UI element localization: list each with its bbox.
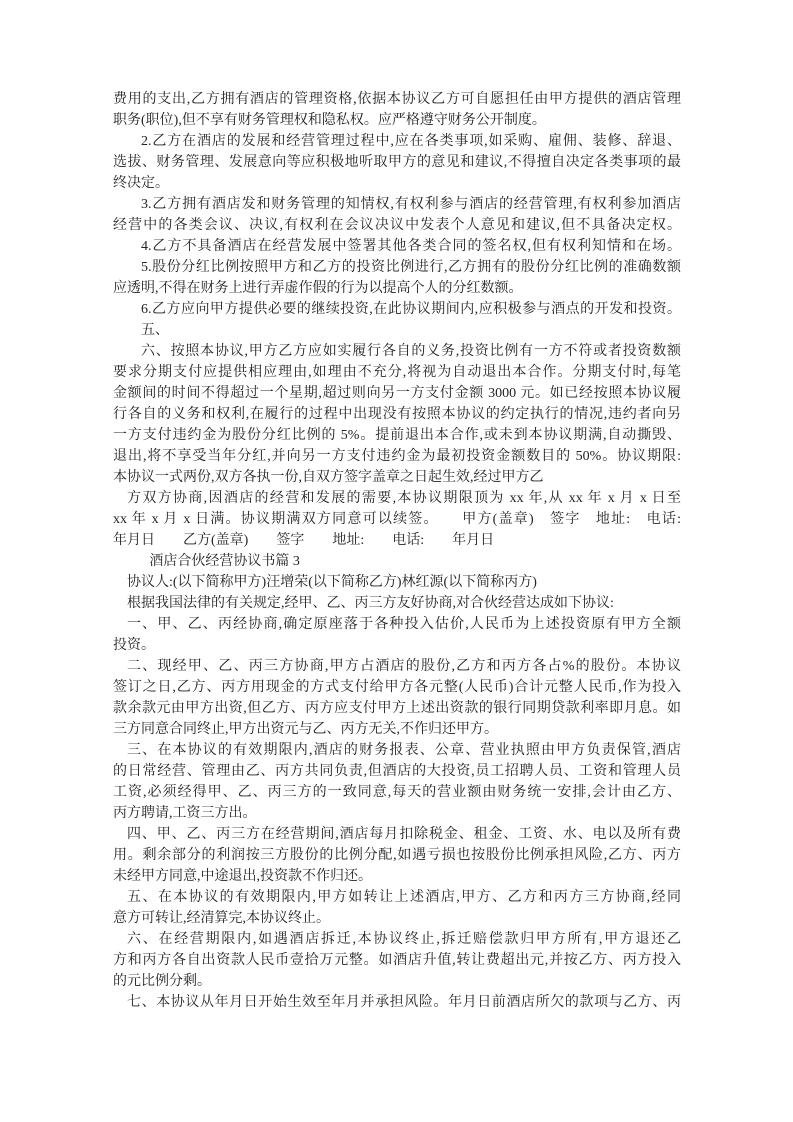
document-page: 费用的支出,乙方拥有酒店的管理资格,依据本协议乙方可自愿担任由甲方提供的酒店管理… [0, 0, 793, 1122]
document-line: 一、甲、乙、丙经协商,确定原座落于各种投入估价,人民币为上述投资原有甲方全额 [113, 614, 681, 635]
document-line: 五、 [113, 320, 681, 341]
document-line: 四、甲、乙、丙三方在经营期间,酒店每月扣除税金、租金、工资、水、电以及所有费 [113, 824, 681, 845]
document-line: 3.乙方拥有酒店发和财务管理的知情权,有权利参与酒店的经营管理,有权利参加酒店 [113, 194, 681, 215]
document-line: 丙方聘请,工资三方出。 [113, 803, 681, 824]
document-line: 意方可转让,经清算完,本协议终止。 [113, 908, 681, 929]
document-line: 年月日 乙方(盖章) 签字 地址: 电话: 年月日 [113, 530, 681, 551]
document-line: 金额间的时间不得超过一个星期,超过则向另一方支付金额 3000 元。如已经按照本… [113, 383, 681, 404]
document-line: 方和丙方各自出资款人民币壹拾万元整。如酒店升值,转让费超出元,并按乙方、丙方投入 [113, 950, 681, 971]
document-line: 4.乙方不具备酒店在经营发展中签署其他各类合同的签名权,但有权利知情和在场。 [113, 236, 681, 257]
document-line: 行各自的义务和权利,在履行的过程中出现没有按照本协议的约定执行的情况,违约者向另 [113, 404, 681, 425]
document-line: 六、在经营期限内,如遇酒店拆迁,本协议终止,拆迁赔偿款归甲方所有,甲方退还乙 [113, 929, 681, 950]
document-line: 五、在本协议的有效期限内,甲方如转让上述酒店,甲方、乙方和丙方三方协商,经同 [113, 887, 681, 908]
document-line: 三、在本协议的有效期限内,酒店的财务报表、公章、营业执照由甲方负责保管,酒店 [113, 740, 681, 761]
document-line: 根据我国法律的有关规定,经甲、乙、丙三方友好协商,对合伙经营达成如下协议: [113, 593, 681, 614]
document-line: 二、现经甲、乙、丙三方协商,甲方占酒店的股份,乙方和丙方各占%的股份。本协议 [113, 656, 681, 677]
document-line: 三方同意合同终止,甲方出资元与乙、丙方无关,不作归还甲方。 [113, 719, 681, 740]
document-line: 六、按照本协议,甲方乙方应如实履行各自的义务,投资比例有一方不符或者投资数额 [113, 341, 681, 362]
document-line: 2.乙方在酒店的发展和经营管理过程中,应在各类事项,如采购、雇佣、装修、辞退、 [113, 131, 681, 152]
document-line: 酒店合伙经营协议书篇 3 [113, 551, 681, 572]
document-line: 应透明,不得在财务上进行弄虚作假的行为以提高个人的分红数额。 [113, 278, 681, 299]
document-line: 费用的支出,乙方拥有酒店的管理资格,依据本协议乙方可自愿担任由甲方提供的酒店管理 [113, 89, 681, 110]
document-line: 选拔、财务管理、发展意向等应积极地听取甲方的意见和建议,不得擅自决定各类事项的最 [113, 152, 681, 173]
document-line: 要求分期支付应提供相应理由,如理由不充分,将视为自动退出本合作。分期支付时,每笔 [113, 362, 681, 383]
document-line: 退出,将不享受当年分红,并向另一方支付违约金为最初投资金额数目的 50%。协议期… [113, 446, 681, 467]
document-line: 本协议一式两份,双方各执一份,自双方签字盖章之日起生效,经过甲方乙 [113, 467, 681, 488]
document-line: 签订之日,乙方、丙方用现金的方式支付给甲方各元整(人民币)合计元整人民币,作为投… [113, 677, 681, 698]
document-line: xx 年 x 月 x 日满。协议期满双方同意可以续签。 甲方(盖章) 签字 地址… [113, 509, 681, 530]
document-line: 职务(职位),但不享有财务管理权和隐私权。应严格遵守财务公开制度。 [113, 110, 681, 131]
document-line: 用。剩余部分的利润按三方股份的比例分配,如遇亏损也按股份比例承担风险,乙方、丙方 [113, 845, 681, 866]
document-line: 终决定。 [113, 173, 681, 194]
document-line: 的日常经营、管理由乙、丙方共同负责,但酒店的大投资,员工招聘人员、工资和管理人员 [113, 761, 681, 782]
document-line: 未经甲方同意,中途退出,投资款不作归还。 [113, 866, 681, 887]
document-line: 投资。 [113, 635, 681, 656]
document-body: 费用的支出,乙方拥有酒店的管理资格,依据本协议乙方可自愿担任由甲方提供的酒店管理… [113, 89, 681, 1013]
document-line: 一方支付违约金为股份分红比例的 5%。提前退出本合作,或未到本协议期满,自动撕毁… [113, 425, 681, 446]
document-line: 5.股份分红比例按照甲方和乙方的投资比例进行,乙方拥有的股份分红比例的准确数额 [113, 257, 681, 278]
document-line: 工资,必须经得甲、乙、丙三方的一致同意,每天的营业额由财务统一安排,会计由乙方、 [113, 782, 681, 803]
document-line: 协议人:(以下简称甲方)汪增荣(以下简称乙方)林红源(以下简称丙方) [113, 572, 681, 593]
document-line: 经营中的各类会议、决议,有权利在会议决议中发表个人意见和建议,但不具备决定权。 [113, 215, 681, 236]
document-line: 七、本协议从年月日开始生效至年月并承担风险。年月日前酒店所欠的款项与乙方、丙 [113, 992, 681, 1013]
document-line: 款余款元由甲方出资,但乙方、丙方应支付甲方上述出资款的银行同期贷款利率即月息。如 [113, 698, 681, 719]
document-line: 的元比例分剩。 [113, 971, 681, 992]
document-line: 6.乙方应向甲方提供必要的继续投资,在此协议期间内,应积极参与酒点的开发和投资。 [113, 299, 681, 320]
document-line: 方双方协商,因酒店的经营和发展的需要,本协议期限顶为 xx 年,从 xx 年 x… [113, 488, 681, 509]
